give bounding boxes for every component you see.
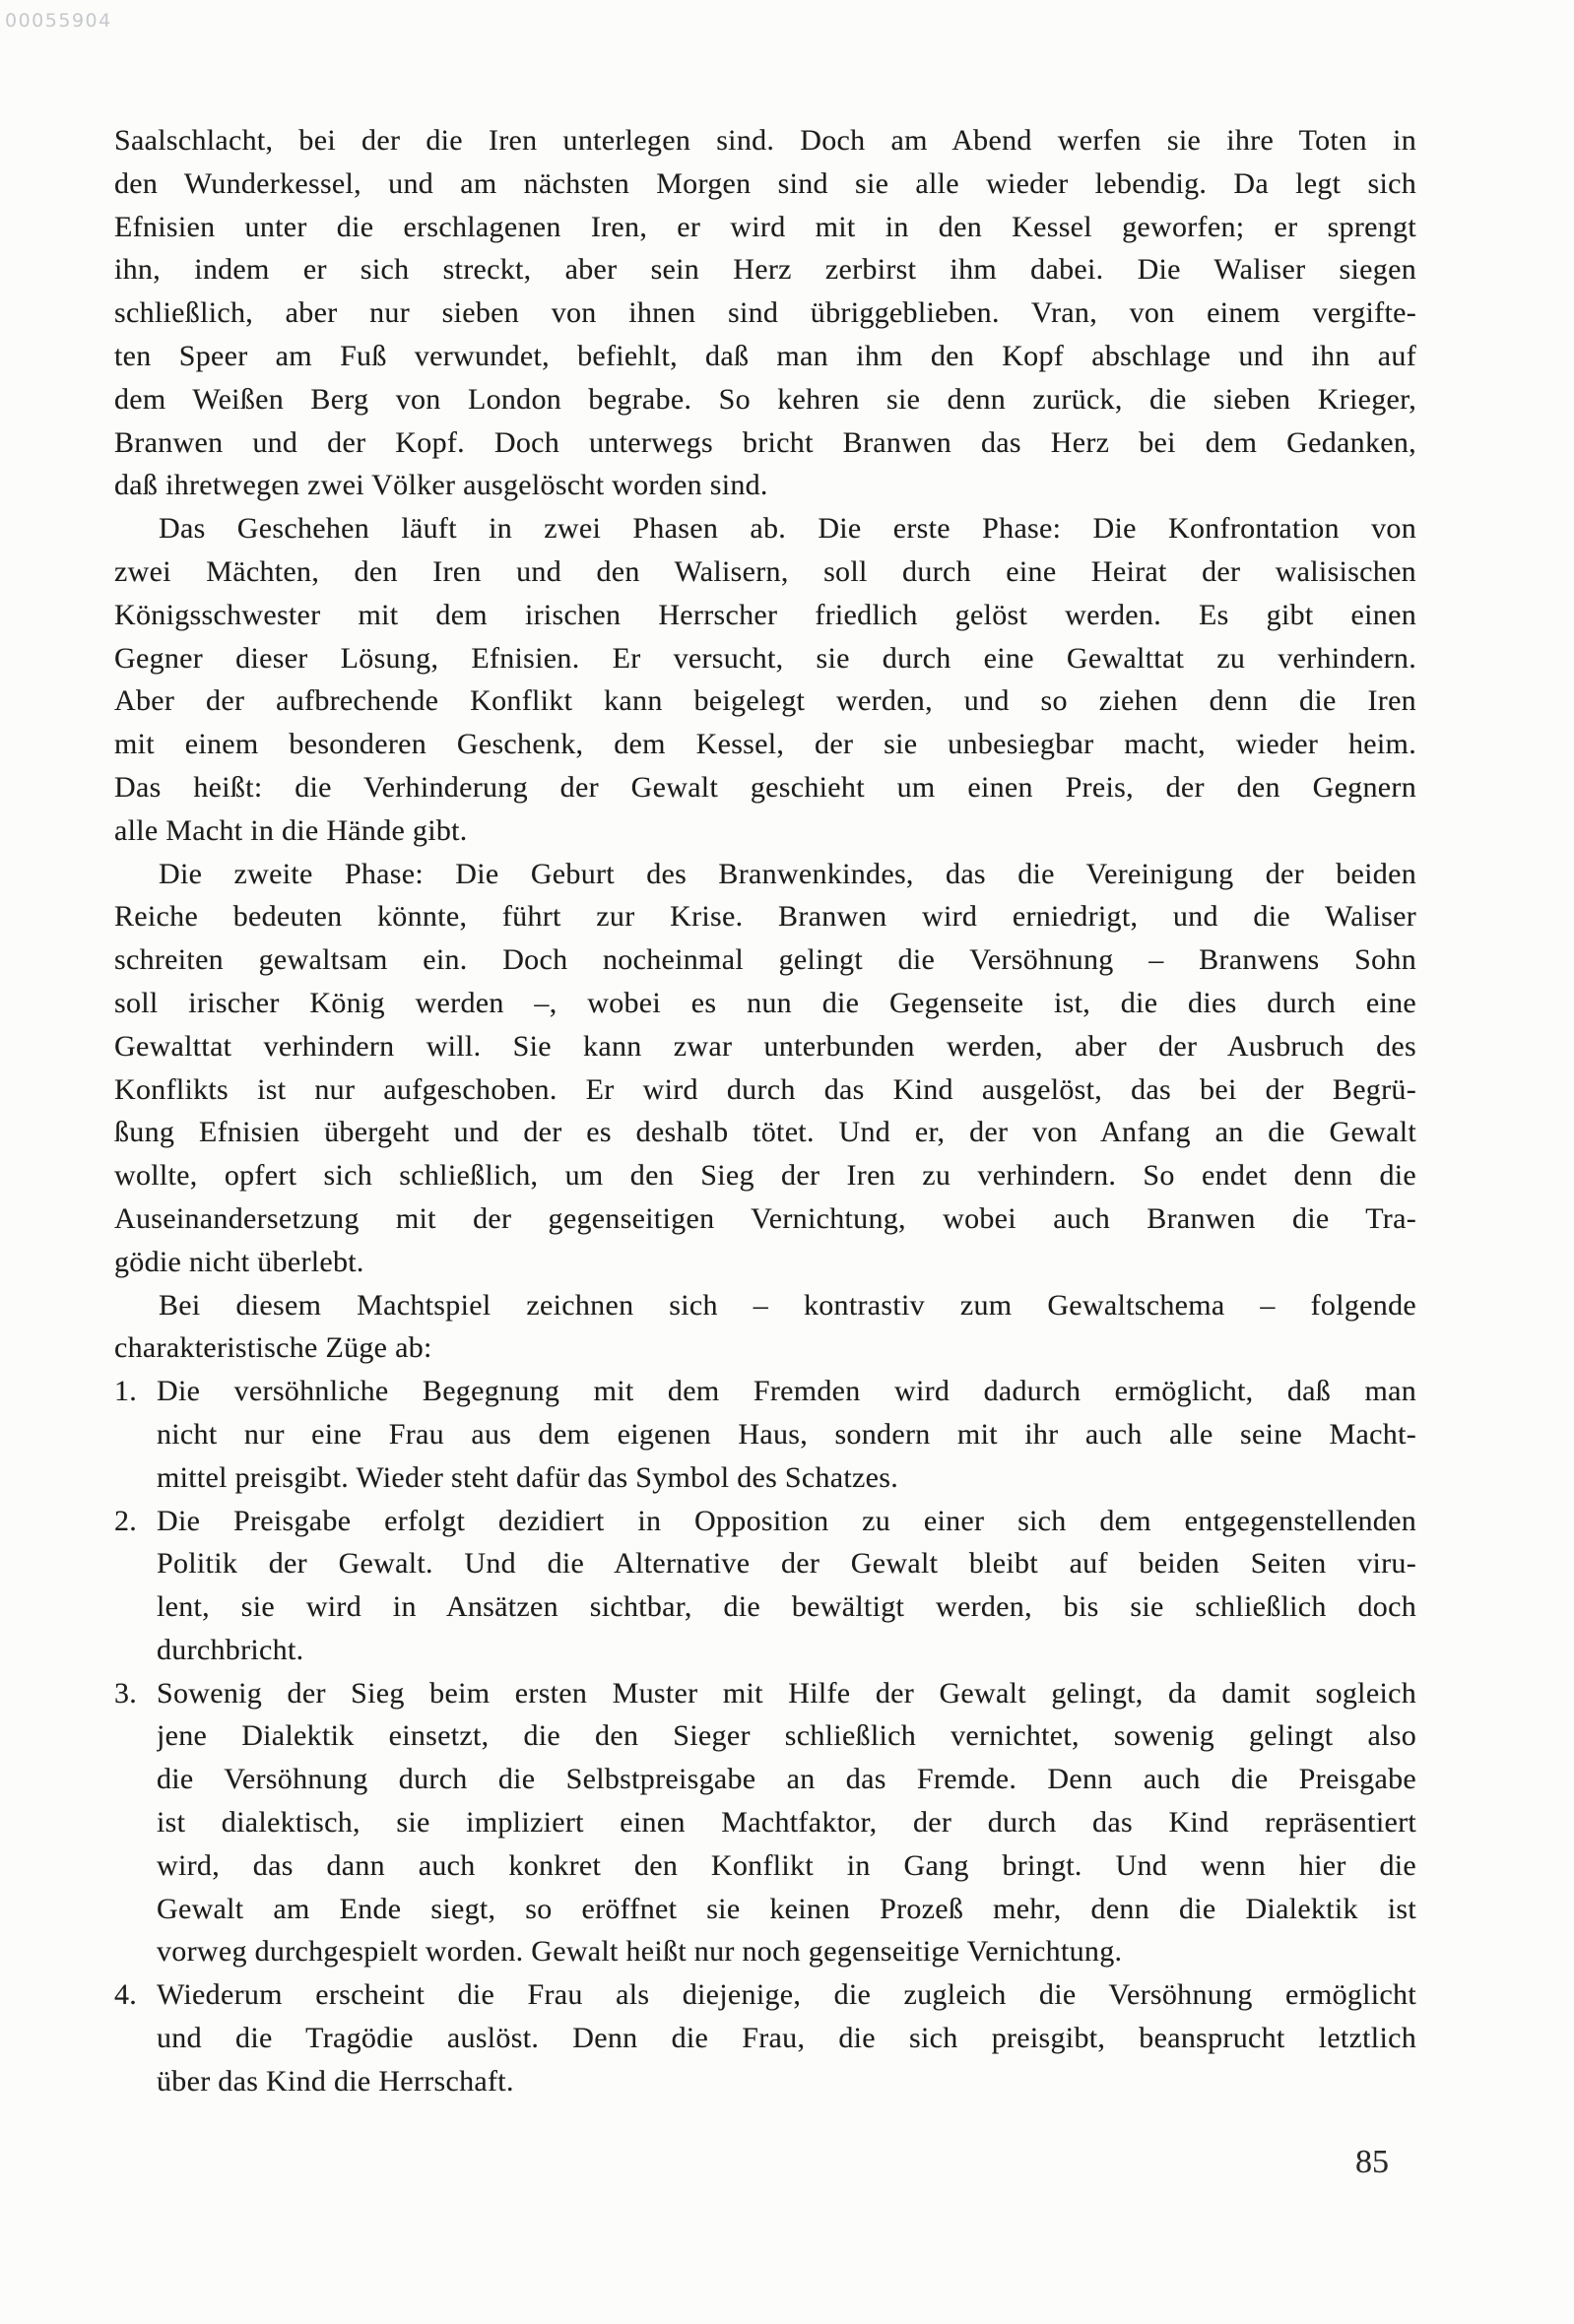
text-line: Gewalt am Ende siegt, so eröffnet sie ke… [157,1888,1416,1931]
text-line: wollte, opfert sich schließlich, um den … [114,1154,1416,1197]
text-line: dem Weißen Berg von London begrabe. So k… [114,378,1416,421]
text-line: Die versöhnliche Begegnung mit dem Fremd… [157,1370,1416,1413]
text-line: nicht nur eine Frau aus dem eigenen Haus… [157,1413,1416,1456]
text-line: Gewalttat verhindern will. Sie kann zwar… [114,1025,1416,1068]
text-line: Sowenig der Sieg beim ersten Muster mit … [157,1672,1416,1715]
text-line: charakteristische Züge ab: [114,1326,1416,1370]
text-line: und die Tragödie auslöst. Denn die Frau,… [157,2017,1416,2060]
text-line: Branwen und der Kopf. Doch unterwegs bri… [114,421,1416,465]
text-line: Politik der Gewalt. Und die Alternative … [157,1542,1416,1585]
text-line: schreiten gewaltsam ein. Doch nocheinmal… [114,938,1416,982]
page-number: 85 [114,2144,1416,2181]
list-item: 4.Wiederum erscheint die Frau als diejen… [114,1973,1416,2102]
list-item: 2.Die Preisgabe erfolgt dezidiert in Opp… [114,1500,1416,1672]
text-line: vorweg durchgespielt worden. Gewalt heiß… [157,1930,1416,1973]
text-line: Das heißt: die Verhinderung der Gewalt g… [114,766,1416,809]
list-item-number: 3. [114,1672,157,1715]
text-line: Aber der aufbrechende Konflikt kann beig… [114,679,1416,723]
scan-number: 00055904 [5,10,112,32]
text-line: durchbricht. [157,1629,1416,1672]
text-line: ten Speer am Fuß verwundet, befiehlt, da… [114,335,1416,378]
paragraph: Bei diesem Machtspiel zeichnen sich – ko… [114,1284,1416,1371]
paragraph: Das Geschehen läuft in zwei Phasen ab. D… [114,507,1416,852]
text-line: die Versöhnung durch die Selbstpreisgabe… [157,1758,1416,1801]
text-line: den Wunderkessel, und am nächsten Morgen… [114,162,1416,206]
text-line: Wiederum erscheint die Frau als diejenig… [157,1973,1416,2017]
text-line: über das Kind die Herrschaft. [157,2060,1416,2103]
text-line: Auseinandersetzung mit der gegenseitigen… [114,1197,1416,1241]
text-line: mittel preisgibt. Wieder steht dafür das… [157,1456,1416,1500]
list-item-number: 4. [114,1973,157,2017]
list-item: 3.Sowenig der Sieg beim ersten Muster mi… [114,1672,1416,1974]
text-line: Die Preisgabe erfolgt dezidiert in Oppos… [157,1500,1416,1543]
text-line: Das Geschehen läuft in zwei Phasen ab. D… [114,507,1416,550]
text-line: zwei Mächten, den Iren und den Walisern,… [114,550,1416,594]
text-line: Bei diesem Machtspiel zeichnen sich – ko… [114,1284,1416,1327]
list-item-number: 1. [114,1370,157,1413]
text-line: soll irischer König werden –, wobei es n… [114,982,1416,1025]
list-item-number: 2. [114,1500,157,1543]
text-line: Reiche bedeuten könnte, führt zur Krise.… [114,895,1416,938]
text-line: ist dialektisch, sie impliziert einen Ma… [157,1801,1416,1844]
paragraph: Die zweite Phase: Die Geburt des Branwen… [114,853,1416,1284]
text-line: gödie nicht überlebt. [114,1241,1416,1284]
list-item: 1.Die versöhnliche Begegnung mit dem Fre… [114,1370,1416,1499]
text-line: mit einem besonderen Geschenk, dem Kesse… [114,723,1416,766]
text-line: ßung Efnisien übergeht und der es deshal… [114,1111,1416,1154]
text-line: alle Macht in die Hände gibt. [114,809,1416,853]
text-line: Konflikts ist nur aufgeschoben. Er wird … [114,1068,1416,1112]
text-line: Die zweite Phase: Die Geburt des Branwen… [114,853,1416,896]
text-block: Saalschlacht, bei der die Iren unterlege… [114,119,1416,2103]
text-line: ihn, indem er sich streckt, aber sein He… [114,248,1416,291]
text-line: Efnisien unter die erschlagenen Iren, er… [114,206,1416,249]
text-line: daß ihretwegen zwei Völker ausgelöscht w… [114,464,1416,507]
text-line: schließlich, aber nur sieben von ihnen s… [114,291,1416,335]
text-line: Königsschwester mit dem irischen Herrsch… [114,594,1416,637]
text-line: Saalschlacht, bei der die Iren unterlege… [114,119,1416,162]
text-line: jene Dialektik einsetzt, die den Sieger … [157,1714,1416,1758]
text-line: Gegner dieser Lösung, Efnisien. Er versu… [114,637,1416,680]
text-line: wird, das dann auch konkret den Konflikt… [157,1844,1416,1888]
paragraph: Saalschlacht, bei der die Iren unterlege… [114,119,1416,507]
text-line: lent, sie wird in Ansätzen sichtbar, die… [157,1585,1416,1629]
